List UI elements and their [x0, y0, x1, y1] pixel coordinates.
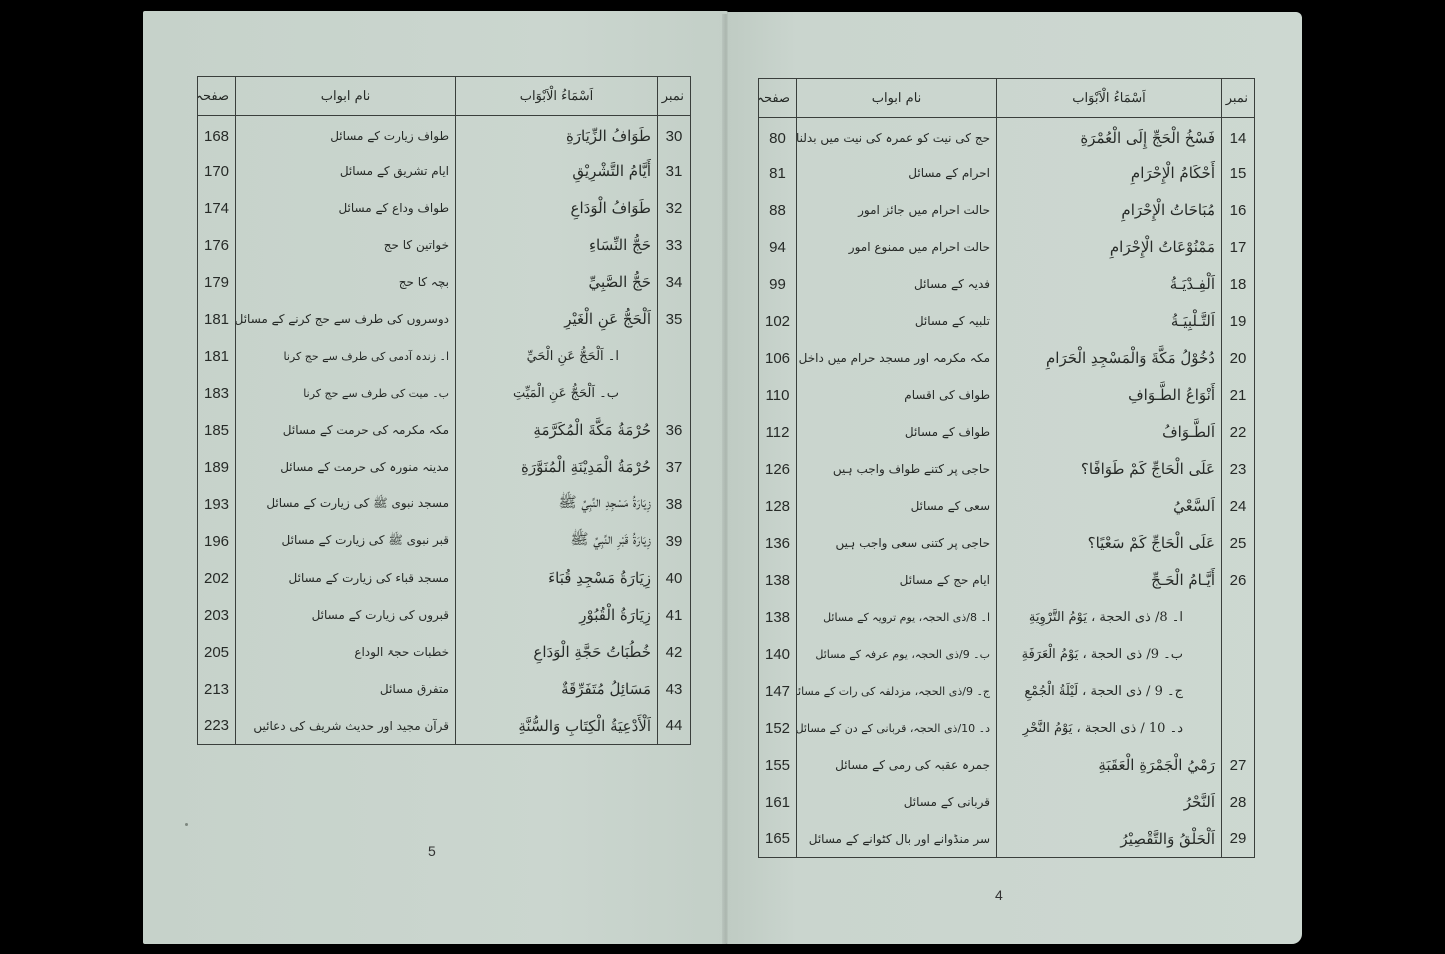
toc-entry-row: 40زِيَارَةُ مَسْجِدِ قُبَاءَمسجد قباء کی…	[198, 560, 691, 597]
page-number-cell: 185	[198, 412, 236, 449]
serial-number-cell: 41	[658, 597, 691, 634]
page-number-cell: 147	[759, 673, 797, 710]
urdu-title-cell: ایام تشریق کے مسائل	[236, 153, 456, 190]
serial-number-cell: 40	[658, 560, 691, 597]
serial-number-cell: 15	[1222, 155, 1255, 192]
page-number-cell: 94	[759, 229, 797, 266]
toc-entry-row: 16مُبَاحَاتُ الْإِحْرَامِحالت احرام میں …	[759, 192, 1255, 229]
page-number-cell: 112	[759, 414, 797, 451]
book-page-right: نمبر شمار اَسْمَاءُ الْاَبْوَاب نام ابوا…	[727, 12, 1302, 944]
toc-entry-row: 22اَلطَّـوَافُطواف کے مسائل112	[759, 414, 1255, 451]
urdu-title-cell: جمرہ عقبہ کی رمی کے مسائل	[797, 747, 997, 784]
page-number-cell: 183	[198, 375, 236, 412]
page-number-cell: 176	[198, 227, 236, 264]
serial-number-cell: 39	[658, 523, 691, 560]
page-number-cell: 189	[198, 449, 236, 486]
urdu-title-cell: قرآن مجید اور حدیث شریف کی دعائیں	[236, 708, 456, 745]
table-header-row: نمبر شمار اَسْمَاءُ الْاَبْوَاب نام ابوا…	[198, 77, 691, 116]
urdu-title-cell: سر منڈوانے اور بال کٹوانے کے مسائل	[797, 821, 997, 858]
arabic-title-cell: رَمْيُ الْجَمْرَةِ الْعَقَبَةِ	[997, 747, 1222, 784]
arabic-title-cell: اَلْأَدْعِيَةُ الْكِتَابِ وَالسُّنَّةِ	[456, 708, 658, 745]
urdu-title-cell: طواف کی اقسام	[797, 377, 997, 414]
toc-entry-row: 44اَلْأَدْعِيَةُ الْكِتَابِ وَالسُّنَّةِ…	[198, 708, 691, 745]
page-number-cell: 161	[759, 784, 797, 821]
serial-number-cell: 26	[1222, 562, 1255, 599]
serial-number-cell: 38	[658, 486, 691, 523]
toc-entry-row: 20دُخُوْلُ مَكَّةَ وَالْمَسْجِدِ الْحَرَ…	[759, 340, 1255, 377]
page-number-cell: 138	[759, 599, 797, 636]
serial-number-cell: 22	[1222, 414, 1255, 451]
page-number-cell: 202	[198, 560, 236, 597]
arabic-title-cell: عَلَى الْحَاجِّ كَمْ سَعْيًا؟	[997, 525, 1222, 562]
table-of-contents-right: نمبر شمار اَسْمَاءُ الْاَبْوَاب نام ابوا…	[758, 78, 1255, 858]
urdu-title-cell: مکہ مکرمہ کی حرمت کے مسائل	[236, 412, 456, 449]
page-number-cell: 102	[759, 303, 797, 340]
toc-entry-row: 36حُرْمَةُ مَكَّةَ الْمُكَرَّمَةِمکہ مکر…	[198, 412, 691, 449]
urdu-title-cell: مدینہ منورہ کی حرمت کے مسائل	[236, 449, 456, 486]
arabic-title-cell: اَلْحَلْقُ وَالتَّقْصِيْرُ	[997, 821, 1222, 858]
toc-entry-row: 27رَمْيُ الْجَمْرَةِ الْعَقَبَةِجمرہ عقب…	[759, 747, 1255, 784]
page-number-cell: 205	[198, 634, 236, 671]
arabic-title-cell: أَحْكَامُ الْإِحْرَامِ	[997, 155, 1222, 192]
serial-number-cell	[1222, 710, 1255, 747]
arabic-title-cell: زِيَارَةُ مَسْجِدِ النَّبِيِّ ﷺ	[456, 486, 658, 523]
page-number-cell: 168	[198, 116, 236, 153]
arabic-title-cell: طَوَافُ الزِّيَارَةِ	[456, 116, 658, 153]
urdu-title-cell: قبروں کی زیارت کے مسائل	[236, 597, 456, 634]
page-number-cell: 110	[759, 377, 797, 414]
serial-number-cell: 35	[658, 301, 691, 338]
page-number: 5	[428, 843, 436, 859]
serial-number-cell	[1222, 673, 1255, 710]
page-number-cell: 126	[759, 451, 797, 488]
toc-subentry-row: ب۔ اَلْحَجُّ عَنِ الْمَيِّتِب۔ میت کی طر…	[198, 375, 691, 412]
header-serial-number: نمبر شمار	[658, 77, 691, 116]
toc-subentry-row: ا۔ اَلْحَجُّ عَنِ الْحَيِّا۔ زندہ آدمی ک…	[198, 338, 691, 375]
arabic-title-cell: د۔ 10 / ذی الحجة ، يَوْمُ النَّحْرِ	[997, 710, 1222, 747]
arabic-title-cell: أَنْوَاعُ الطَّـوَافِ	[997, 377, 1222, 414]
toc-entry-row: 19اَلتَّـلْبِيَـةُتلبیہ کے مسائل102	[759, 303, 1255, 340]
arabic-title-cell: أَيَّـامُ الْحَـجِّ	[997, 562, 1222, 599]
urdu-title-cell: قربانی کے مسائل	[797, 784, 997, 821]
toc-entry-row: 39زِيَارَةُ قَبْرِ النَّبِيِّ ﷺقبر نبوی …	[198, 523, 691, 560]
header-urdu-chapter-names: نام ابواب	[797, 79, 997, 118]
page-number-cell: 179	[198, 264, 236, 301]
serial-number-cell: 37	[658, 449, 691, 486]
urdu-title-cell: خواتین کا حج	[236, 227, 456, 264]
page-number-cell: 81	[759, 155, 797, 192]
arabic-title-cell: حُرْمَةُ مَكَّةَ الْمُكَرَّمَةِ	[456, 412, 658, 449]
header-page-number: صفحہ نمبر	[198, 77, 236, 116]
arabic-title-cell: ا۔ 8/ ذی الحجة ، يَوْمُ التَّرْوِيَةِ	[997, 599, 1222, 636]
header-urdu-chapter-names: نام ابواب	[236, 77, 456, 116]
header-arabic-chapter-names: اَسْمَاءُ الْاَبْوَاب	[456, 77, 658, 116]
page-number-cell: 128	[759, 488, 797, 525]
toc-entry-row: 28اَلنَّحْرُقربانی کے مسائل161	[759, 784, 1255, 821]
page-number-cell: 80	[759, 118, 797, 155]
arabic-title-cell: مَمْنُوْعَاتُ الْإِحْرَامِ	[997, 229, 1222, 266]
toc-entry-row: 30طَوَافُ الزِّيَارَةِطواف زیارت کے مسائ…	[198, 116, 691, 153]
arabic-title-cell: اَلنَّحْرُ	[997, 784, 1222, 821]
serial-number-cell: 44	[658, 708, 691, 745]
arabic-title-cell: أَيَّامُ التَّشْرِيْقِ	[456, 153, 658, 190]
urdu-title-cell: حج کی نیت کو عمرہ کی نیت میں بدلنا	[797, 118, 997, 155]
arabic-title-cell: عَلَى الْحَاجِّ كَمْ طَوَافًا؟	[997, 451, 1222, 488]
toc-subentry-row: ج۔ 9 / ذی الحجة ، لَيْلَةُ الْجُمْعِج۔ 9…	[759, 673, 1255, 710]
arabic-title-cell: زِيَارَةُ قَبْرِ النَّبِيِّ ﷺ	[456, 523, 658, 560]
serial-number-cell: 31	[658, 153, 691, 190]
serial-number-cell: 33	[658, 227, 691, 264]
serial-number-cell: 28	[1222, 784, 1255, 821]
urdu-title-cell: قبر نبوی ﷺ کی زیارت کے مسائل	[236, 523, 456, 560]
serial-number-cell: 34	[658, 264, 691, 301]
page-number-cell: 140	[759, 636, 797, 673]
page-number-cell: 193	[198, 486, 236, 523]
toc-entry-row: 24اَلسَّعْيُسعی کے مسائل128	[759, 488, 1255, 525]
urdu-title-cell: حالت احرام میں جائز امور	[797, 192, 997, 229]
arabic-title-cell: حُرْمَةُ الْمَدِيْنَةِ الْمُنَوَّرَةِ	[456, 449, 658, 486]
serial-number-cell: 24	[1222, 488, 1255, 525]
toc-subentry-row: ب۔ 9/ ذی الحجة ، يَوْمُ الْعَرَفَةِب۔ 9/…	[759, 636, 1255, 673]
toc-subentry-row: ا۔ 8/ ذی الحجة ، يَوْمُ التَّرْوِيَةِا۔ …	[759, 599, 1255, 636]
arabic-title-cell: حَجُّ النِّسَاءِ	[456, 227, 658, 264]
urdu-title-cell: فدیہ کے مسائل	[797, 266, 997, 303]
toc-entry-row: 37حُرْمَةُ الْمَدِيْنَةِ الْمُنَوَّرَةِم…	[198, 449, 691, 486]
page-number-cell: 181	[198, 301, 236, 338]
page-number-cell: 152	[759, 710, 797, 747]
urdu-title-cell: ا۔ زندہ آدمی کی طرف سے حج کرنا	[236, 338, 456, 375]
arabic-title-cell: حَجُّ الصَّبِيِّ	[456, 264, 658, 301]
serial-number-cell	[1222, 599, 1255, 636]
page-number-cell: 196	[198, 523, 236, 560]
toc-subentry-row: د۔ 10 / ذی الحجة ، يَوْمُ النَّحْرِد۔ 10…	[759, 710, 1255, 747]
page-number-cell: 213	[198, 671, 236, 708]
arabic-title-cell: اَلسَّعْيُ	[997, 488, 1222, 525]
serial-number-cell: 42	[658, 634, 691, 671]
toc-entry-row: 34حَجُّ الصَّبِيِّبچہ کا حج179	[198, 264, 691, 301]
page-number-cell: 181	[198, 338, 236, 375]
urdu-title-cell: ب۔ میت کی طرف سے حج کرنا	[236, 375, 456, 412]
arabic-title-cell: خُطُبَاتُ حَجَّةِ الْوَدَاعِ	[456, 634, 658, 671]
page-number-cell: 174	[198, 190, 236, 227]
paper-speck	[185, 823, 188, 826]
toc-entry-row: 15أَحْكَامُ الْإِحْرَامِاحرام کے مسائل81	[759, 155, 1255, 192]
urdu-title-cell: د۔ 10/ذی الحجہ، قربانی کے دن کے مسائل	[797, 710, 997, 747]
toc-entry-row: 14فَسْخُ الْحَجِّ إِلَى الْعُمْرَةِحج کی…	[759, 118, 1255, 155]
arabic-title-cell: ب۔ اَلْحَجُّ عَنِ الْمَيِّتِ	[456, 375, 658, 412]
toc-entry-row: 33حَجُّ النِّسَاءِخواتین کا حج176	[198, 227, 691, 264]
arabic-title-cell: ب۔ 9/ ذی الحجة ، يَوْمُ الْعَرَفَةِ	[997, 636, 1222, 673]
arabic-title-cell: اَلطَّـوَافُ	[997, 414, 1222, 451]
urdu-title-cell: ا۔ 8/ذی الحجہ، یوم ترویہ کے مسائل	[797, 599, 997, 636]
serial-number-cell: 16	[1222, 192, 1255, 229]
page-number-cell: 138	[759, 562, 797, 599]
urdu-title-cell: ج۔ 9/ذی الحجہ، مزدلفہ کی رات کے مسائل	[797, 673, 997, 710]
page-number-cell: 106	[759, 340, 797, 377]
urdu-title-cell: طواف زیارت کے مسائل	[236, 116, 456, 153]
serial-number-cell: 17	[1222, 229, 1255, 266]
table-of-contents-left: نمبر شمار اَسْمَاءُ الْاَبْوَاب نام ابوا…	[197, 76, 691, 745]
serial-number-cell: 19	[1222, 303, 1255, 340]
urdu-title-cell: مکہ مکرمہ اور مسجد حرام میں داخل ہونے کے…	[797, 340, 997, 377]
page-number-cell: 223	[198, 708, 236, 745]
serial-number-cell: 18	[1222, 266, 1255, 303]
urdu-title-cell: مسجد قباء کی زیارت کے مسائل	[236, 560, 456, 597]
page-number-cell: 170	[198, 153, 236, 190]
arabic-title-cell: فَسْخُ الْحَجِّ إِلَى الْعُمْرَةِ	[997, 118, 1222, 155]
urdu-title-cell: احرام کے مسائل	[797, 155, 997, 192]
header-arabic-chapter-names: اَسْمَاءُ الْاَبْوَاب	[997, 79, 1222, 118]
page-number-cell: 99	[759, 266, 797, 303]
urdu-title-cell: ایام حج کے مسائل	[797, 562, 997, 599]
arabic-title-cell: ا۔ اَلْحَجُّ عَنِ الْحَيِّ	[456, 338, 658, 375]
serial-number-cell: 43	[658, 671, 691, 708]
serial-number-cell: 25	[1222, 525, 1255, 562]
serial-number-cell: 30	[658, 116, 691, 153]
urdu-title-cell: طواف کے مسائل	[797, 414, 997, 451]
toc-entry-row: 23عَلَى الْحَاجِّ كَمْ طَوَافًا؟حاجی پر …	[759, 451, 1255, 488]
arabic-title-cell: اَلتَّـلْبِيَـةُ	[997, 303, 1222, 340]
urdu-title-cell: حالت احرام میں ممنوع امور	[797, 229, 997, 266]
urdu-title-cell: حاجی پر کتنے طواف واجب ہیں	[797, 451, 997, 488]
arabic-title-cell: زِيَارَةُ مَسْجِدِ قُبَاءَ	[456, 560, 658, 597]
page-number: 4	[995, 887, 1003, 903]
table-header-row: نمبر شمار اَسْمَاءُ الْاَبْوَاب نام ابوا…	[759, 79, 1255, 118]
serial-number-cell: 32	[658, 190, 691, 227]
serial-number-cell: 27	[1222, 747, 1255, 784]
toc-entry-row: 29اَلْحَلْقُ وَالتَّقْصِيْرُسر منڈوانے ا…	[759, 821, 1255, 858]
arabic-title-cell: مُبَاحَاتُ الْإِحْرَامِ	[997, 192, 1222, 229]
arabic-title-cell: اَلْفِـدْيَـةُ	[997, 266, 1222, 303]
serial-number-cell	[658, 338, 691, 375]
arabic-title-cell: مَسَائِلُ مُتَفَرِّقَةٌ	[456, 671, 658, 708]
serial-number-cell: 21	[1222, 377, 1255, 414]
urdu-title-cell: حاجی پر کتنی سعی واجب ہیں	[797, 525, 997, 562]
serial-number-cell: 14	[1222, 118, 1255, 155]
toc-entry-row: 26أَيَّـامُ الْحَـجِّایام حج کے مسائل138	[759, 562, 1255, 599]
serial-number-cell	[658, 375, 691, 412]
book-page-left: نمبر شمار اَسْمَاءُ الْاَبْوَاب نام ابوا…	[143, 11, 728, 944]
arabic-title-cell: دُخُوْلُ مَكَّةَ وَالْمَسْجِدِ الْحَرَام…	[997, 340, 1222, 377]
urdu-title-cell: ب۔ 9/ذی الحجہ، یوم عرفہ کے مسائل	[797, 636, 997, 673]
urdu-title-cell: تلبیہ کے مسائل	[797, 303, 997, 340]
urdu-title-cell: متفرق مسائل	[236, 671, 456, 708]
toc-entry-row: 42خُطُبَاتُ حَجَّةِ الْوَدَاعِخطبات حجۃ …	[198, 634, 691, 671]
serial-number-cell: 36	[658, 412, 691, 449]
toc-entry-row: 18اَلْفِـدْيَـةُفدیہ کے مسائل99	[759, 266, 1255, 303]
toc-entry-row: 25عَلَى الْحَاجِّ كَمْ سَعْيًا؟حاجی پر ک…	[759, 525, 1255, 562]
toc-entry-row: 43مَسَائِلُ مُتَفَرِّقَةٌمتفرق مسائل213	[198, 671, 691, 708]
toc-entry-row: 35اَلْحَجُّ عَنِ الْغَيْرِدوسروں کی طرف …	[198, 301, 691, 338]
toc-entry-row: 41زِيَارَةُ الْقُبُوْرِقبروں کی زیارت کے…	[198, 597, 691, 634]
page-number-cell: 88	[759, 192, 797, 229]
page-number-cell: 165	[759, 821, 797, 858]
toc-body-right: 14فَسْخُ الْحَجِّ إِلَى الْعُمْرَةِحج کی…	[759, 118, 1255, 858]
serial-number-cell: 20	[1222, 340, 1255, 377]
urdu-title-cell: مسجد نبوی ﷺ کی زیارت کے مسائل	[236, 486, 456, 523]
toc-entry-row: 31أَيَّامُ التَّشْرِيْقِایام تشریق کے مس…	[198, 153, 691, 190]
urdu-title-cell: دوسروں کی طرف سے حج کرنے کے مسائل	[236, 301, 456, 338]
arabic-title-cell: طَوَافُ الْوَدَاعِ	[456, 190, 658, 227]
serial-number-cell	[1222, 636, 1255, 673]
urdu-title-cell: طواف وداع کے مسائل	[236, 190, 456, 227]
arabic-title-cell: اَلْحَجُّ عَنِ الْغَيْرِ	[456, 301, 658, 338]
toc-entry-row: 32طَوَافُ الْوَدَاعِطواف وداع کے مسائل17…	[198, 190, 691, 227]
serial-number-cell: 23	[1222, 451, 1255, 488]
urdu-title-cell: سعی کے مسائل	[797, 488, 997, 525]
toc-body-left: 30طَوَافُ الزِّيَارَةِطواف زیارت کے مسائ…	[198, 116, 691, 745]
toc-entry-row: 38زِيَارَةُ مَسْجِدِ النَّبِيِّ ﷺمسجد نب…	[198, 486, 691, 523]
page-number-cell: 136	[759, 525, 797, 562]
serial-number-cell: 29	[1222, 821, 1255, 858]
page-number-cell: 203	[198, 597, 236, 634]
header-page-number: صفحہ نمبر	[759, 79, 797, 118]
header-serial-number: نمبر شمار	[1222, 79, 1255, 118]
urdu-title-cell: خطبات حجۃ الوداع	[236, 634, 456, 671]
page-number-cell: 155	[759, 747, 797, 784]
toc-entry-row: 17مَمْنُوْعَاتُ الْإِحْرَامِحالت احرام م…	[759, 229, 1255, 266]
urdu-title-cell: بچہ کا حج	[236, 264, 456, 301]
arabic-title-cell: ج۔ 9 / ذی الحجة ، لَيْلَةُ الْجُمْعِ	[997, 673, 1222, 710]
arabic-title-cell: زِيَارَةُ الْقُبُوْرِ	[456, 597, 658, 634]
toc-entry-row: 21أَنْوَاعُ الطَّـوَافِطواف کی اقسام110	[759, 377, 1255, 414]
